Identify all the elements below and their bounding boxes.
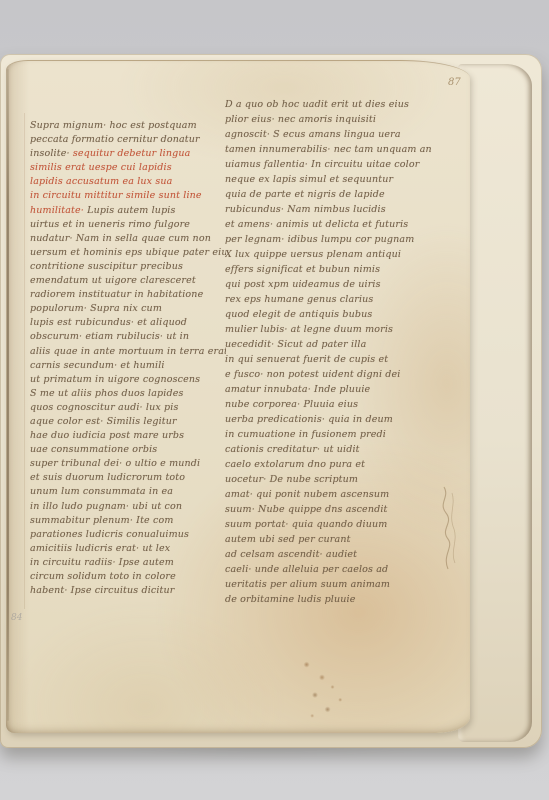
- ink-text: uecedidit· Sicut ad pater illa: [225, 339, 366, 350]
- text-line: mulier lubis· at legne duum moris: [225, 322, 431, 337]
- text-line: similis erat uespe cui lapidis: [30, 161, 226, 175]
- ink-text: aliis quae in ante mortuum in terra erat: [30, 346, 226, 357]
- ink-text: quia de parte et nigris de lapide: [225, 189, 385, 200]
- ink-text: e fusco· non potest uident digni dei: [225, 369, 401, 380]
- ink-text: caelo extolarum dno pura et: [225, 459, 365, 470]
- text-line: emendatum ut uigore claresceret: [30, 274, 226, 288]
- text-line: uersum et hominis eps ubique pater eius: [30, 246, 226, 260]
- left-text-column: Supra mignum· hoc est postquampeccata fo…: [30, 119, 226, 598]
- ink-text: cationis creditatur· ut uidit: [225, 444, 360, 455]
- text-line: plior eius· nec amoris inquisiti: [225, 112, 431, 127]
- ink-text: suum portat· quia quando diuum: [225, 519, 387, 530]
- ink-text: S me ut aliis phos duos lapides: [30, 388, 184, 399]
- text-line: in circuitu mittitur simile sunt line: [30, 189, 226, 203]
- text-line: rubicundus· Nam nimbus lucidis: [225, 202, 431, 217]
- ink-text: Lupis autem lupis: [87, 205, 175, 216]
- text-line: obscurum· etiam rubilucis· ut in: [30, 330, 226, 344]
- ink-text: in illo ludo pugnam· ubi ut con: [30, 501, 182, 512]
- text-line: ut primatum in uigore cognoscens: [30, 373, 226, 387]
- ink-text: uiamus fallentia· In circuitu uitae colo…: [225, 159, 419, 170]
- ink-text: rex eps humane genus clarius: [225, 294, 373, 305]
- text-line: et suis duorum ludicrorum toto: [30, 471, 226, 485]
- text-line: rex eps humane genus clarius: [225, 292, 431, 307]
- text-line: amat· qui ponit nubem ascensum: [225, 487, 431, 502]
- ink-text: circum solidum toto in colore: [30, 571, 176, 582]
- text-line: nube corporea· Pluuia eius: [225, 397, 431, 412]
- ink-text: radiorem instituatur in habitatione: [30, 289, 203, 300]
- ink-text: ad celsam ascendit· audiet: [225, 549, 357, 560]
- ink-text: Supra mignum· hoc est postquam: [30, 120, 197, 131]
- foxing-spots: [294, 647, 364, 727]
- text-line: e fusco· non potest uident digni dei: [225, 367, 431, 382]
- ink-text: hae duo iudicia post mare urbs: [30, 430, 184, 441]
- ink-text: aque color est· Similis legitur: [30, 416, 177, 427]
- ink-text: contritione suscipitur precibus: [30, 261, 183, 272]
- ink-text: qui post xpm uideamus de uiris: [225, 279, 381, 290]
- ink-text: quos cognoscitur audi· lux pis: [30, 402, 178, 413]
- ink-text: carnis secundum· et humili: [30, 360, 165, 371]
- ink-text: uirtus et in ueneris rimo fulgore: [30, 219, 190, 230]
- text-line: quos cognoscitur audi· lux pis: [30, 401, 226, 415]
- text-line: uecedidit· Sicut ad pater illa: [225, 337, 431, 352]
- text-line: autem ubi sed per curant: [225, 532, 431, 547]
- ruling-line: [24, 113, 25, 609]
- margin-scribble: [424, 485, 460, 571]
- text-line: in qui senuerat fuerit de cupis et: [225, 352, 431, 367]
- ink-text: rubicundus· Nam nimbus lucidis: [225, 204, 386, 215]
- ink-text: suum· Nube quippe dns ascendit: [225, 504, 388, 515]
- text-line: lapidis accusatum ea lux sua: [30, 175, 226, 189]
- ink-text: D a quo ob hoc uadit erit ut dies eius: [225, 99, 409, 110]
- ink-text: ueritatis per alium suum animam: [225, 579, 390, 590]
- text-line: uerba predicationis· quia in deum: [225, 412, 431, 427]
- ink-text: in qui senuerat fuerit de cupis et: [225, 354, 388, 365]
- ink-text: summabitur plenum· Ite com: [30, 515, 173, 526]
- text-line: suum portat· quia quando diuum: [225, 517, 431, 532]
- text-line: uocetur· De nube scriptum: [225, 472, 431, 487]
- ink-text: tamen innumerabilis· nec tam unquam anim…: [225, 144, 431, 155]
- text-line: populorum· Supra nix cum: [30, 302, 226, 316]
- ink-text: in cumuatione in fusionem predi: [225, 429, 386, 440]
- text-line: habent· Ipse circuitus dicitur: [30, 584, 226, 598]
- text-line: quod elegit de antiquis bubus: [225, 307, 431, 322]
- text-line: radiorem instituatur in habitatione: [30, 288, 226, 302]
- rubric-text: lapidis accusatum ea lux sua: [30, 176, 172, 187]
- ink-text: de orbitamine ludis pluuie: [225, 594, 355, 605]
- ink-text: effers significat et bubun nimis: [225, 264, 380, 275]
- pencil-mark: 84: [11, 613, 22, 623]
- ink-text: in circuitu radiis· Ipse autem: [30, 557, 174, 568]
- ink-text: et amens· animis ut delicta et futuris: [225, 219, 408, 230]
- ink-text: per legnam· idibus lumpu cor pugnam: [225, 234, 414, 245]
- text-line: in illo ludo pugnam· ubi ut con: [30, 500, 226, 514]
- ink-text: amicitiis ludicris erat· ut lex: [30, 543, 170, 554]
- ink-text: lupis est rubicundus· et aliquod: [30, 317, 187, 328]
- ink-text: caeli· unde alleluia per caelos ad: [225, 564, 388, 575]
- text-line: aque color est· Similis legitur: [30, 415, 226, 429]
- text-line: qui post xpm uideamus de uiris: [225, 277, 431, 292]
- ink-text: super tribunal dei· o ultio e mundi: [30, 458, 200, 469]
- ink-text: X lux quippe uersus plenam antiqui: [225, 249, 401, 260]
- gutter-crease: [7, 69, 9, 721]
- ink-text: nudatur· Nam in sella quae cum non: [30, 233, 211, 244]
- text-line: circum solidum toto in colore: [30, 570, 226, 584]
- ink-text: obscurum· etiam rubilucis· ut in: [30, 331, 189, 342]
- text-line: effers significat et bubun nimis: [225, 262, 431, 277]
- rubric-text: humilitate·: [30, 205, 87, 216]
- ink-text: amat· qui ponit nubem ascensum: [225, 489, 389, 500]
- ink-text: quod elegit de antiquis bubus: [225, 309, 372, 320]
- text-line: tamen innumerabilis· nec tam unquam anim…: [225, 142, 431, 157]
- text-line: carnis secundum· et humili: [30, 359, 226, 373]
- text-line: nudatur· Nam in sella quae cum non: [30, 232, 226, 246]
- parchment-page: 87 Supra mignum· hoc est postquampeccata…: [6, 60, 470, 733]
- ink-text: amatur innubata· Inde pluuie: [225, 384, 370, 395]
- text-line: humilitate· Lupis autem lupis: [30, 204, 226, 218]
- text-line: amatur innubata· Inde pluuie: [225, 382, 431, 397]
- text-line: caelo extolarum dno pura et: [225, 457, 431, 472]
- text-line: de orbitamine ludis pluuie: [225, 592, 431, 607]
- ink-text: plior eius· nec amoris inquisiti: [225, 114, 376, 125]
- rubric-text: in circuitu mittitur simile sunt line: [30, 190, 202, 201]
- text-line: in cumuatione in fusionem predi: [225, 427, 431, 442]
- text-line: per legnam· idibus lumpu cor pugnam: [225, 232, 431, 247]
- text-line: parationes ludicris conualuimus: [30, 528, 226, 542]
- text-line: agnoscit· S ecus amans lingua uera: [225, 127, 431, 142]
- text-line: suum· Nube quippe dns ascendit: [225, 502, 431, 517]
- ink-text: uae consummatione orbis: [30, 444, 157, 455]
- ink-text: emendatum ut uigore claresceret: [30, 275, 196, 286]
- ink-text: autem ubi sed per curant: [225, 534, 351, 545]
- rubric-text: similis erat uespe cui lapidis: [30, 162, 172, 173]
- ink-text: agnoscit· S ecus amans lingua uera: [225, 129, 401, 140]
- text-line: peccata formatio cernitur donatur: [30, 133, 226, 147]
- folio-number: 87: [448, 77, 461, 88]
- ink-text: et suis duorum ludicrorum toto: [30, 472, 185, 483]
- text-line: uirtus et in ueneris rimo fulgore: [30, 218, 226, 232]
- ink-text: nube corporea· Pluuia eius: [225, 399, 358, 410]
- text-line: in circuitu radiis· Ipse autem: [30, 556, 226, 570]
- text-line: lupis est rubicundus· et aliquod: [30, 316, 226, 330]
- text-line: neque ex lapis simul et sequuntur: [225, 172, 431, 187]
- ink-text: parationes ludicris conualuimus: [30, 529, 189, 540]
- text-line: ad celsam ascendit· audiet: [225, 547, 431, 562]
- text-line: S me ut aliis phos duos lapides: [30, 387, 226, 401]
- ink-text: uocetur· De nube scriptum: [225, 474, 358, 485]
- text-line: hae duo iudicia post mare urbs: [30, 429, 226, 443]
- ink-text: unum lum consummata in ea: [30, 486, 173, 497]
- text-line: X lux quippe uersus plenam antiqui: [225, 247, 431, 262]
- ink-text: uerba predicationis· quia in deum: [225, 414, 393, 425]
- text-line: D a quo ob hoc uadit erit ut dies eius: [225, 97, 431, 112]
- ink-text: mulier lubis· at legne duum moris: [225, 324, 393, 335]
- ink-text: peccata formatio cernitur donatur: [30, 134, 200, 145]
- ink-text: insolite·: [30, 148, 73, 159]
- right-text-column: D a quo ob hoc uadit erit ut dies eiuspl…: [225, 97, 431, 607]
- ink-text: ut primatum in uigore cognoscens: [30, 374, 200, 385]
- text-line: amicitiis ludicris erat· ut lex: [30, 542, 226, 556]
- text-line: super tribunal dei· o ultio e mundi: [30, 457, 226, 471]
- text-line: summabitur plenum· Ite com: [30, 514, 226, 528]
- text-line: contritione suscipitur precibus: [30, 260, 226, 274]
- text-line: quia de parte et nigris de lapide: [225, 187, 431, 202]
- text-line: uiamus fallentia· In circuitu uitae colo…: [225, 157, 431, 172]
- text-line: insolite· sequitur debetur lingua: [30, 147, 226, 161]
- manuscript-photo: 87 Supra mignum· hoc est postquampeccata…: [0, 0, 549, 800]
- ink-text: uersum et hominis eps ubique pater eius: [30, 247, 226, 258]
- ink-text: habent· Ipse circuitus dicitur: [30, 585, 174, 596]
- text-line: unum lum consummata in ea: [30, 485, 226, 499]
- text-line: Supra mignum· hoc est postquam: [30, 119, 226, 133]
- text-line: uae consummatione orbis: [30, 443, 226, 457]
- ink-text: populorum· Supra nix cum: [30, 303, 162, 314]
- text-line: cationis creditatur· ut uidit: [225, 442, 431, 457]
- rubric-text: sequitur debetur lingua: [73, 148, 191, 159]
- text-line: et amens· animis ut delicta et futuris: [225, 217, 431, 232]
- text-line: caeli· unde alleluia per caelos ad: [225, 562, 431, 577]
- text-line: aliis quae in ante mortuum in terra erat: [30, 345, 226, 359]
- ink-text: neque ex lapis simul et sequuntur: [225, 174, 393, 185]
- text-line: ueritatis per alium suum animam: [225, 577, 431, 592]
